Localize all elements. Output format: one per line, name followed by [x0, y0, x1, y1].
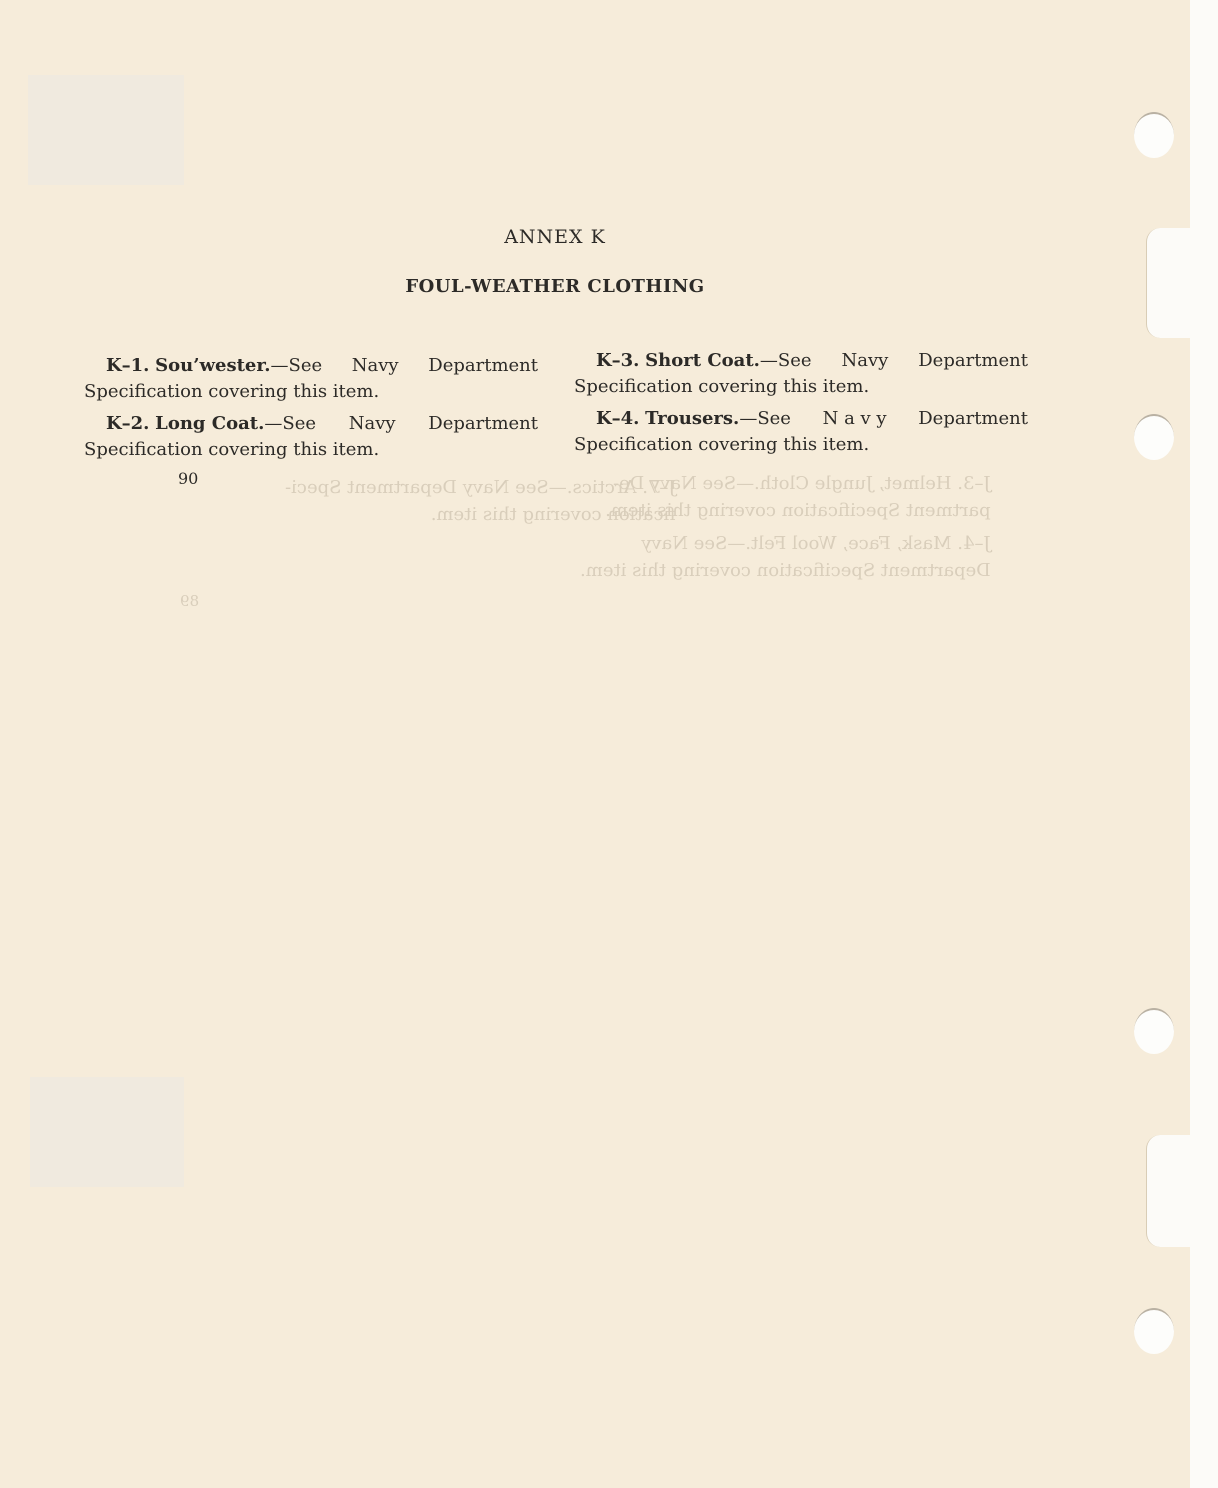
entry-word: Department — [428, 353, 538, 379]
entry-id: K–2. — [106, 413, 149, 434]
tab-notch-upper — [1146, 228, 1207, 338]
entry-word: Navy — [352, 353, 399, 379]
entry-dash: —See — [270, 355, 322, 376]
paper-page — [0, 0, 1190, 1488]
entry-line2: Specification covering this item. — [574, 432, 1028, 458]
entry-line2: Specification covering this item. — [574, 374, 1028, 400]
entry-word: N a v y — [823, 406, 887, 432]
entry-k4: K–4. Trousers.—See N a v y Department Sp… — [574, 406, 1028, 458]
entry-id: K–4. — [596, 408, 639, 429]
entry-name: Long Coat. — [155, 413, 264, 434]
entry-name: Short Coat. — [645, 350, 760, 371]
left-column: K–1. Sou’wester.—See Navy Department Spe… — [84, 353, 538, 469]
entry-word: Department — [428, 411, 538, 437]
bleed-through-page-number: 89 — [180, 588, 199, 615]
annex-title: ANNEX K — [0, 226, 1110, 248]
entry-dash: —See — [264, 413, 316, 434]
entry-word: Department — [918, 348, 1028, 374]
entry-name: Trousers. — [645, 408, 739, 429]
entry-word: Navy — [349, 411, 396, 437]
section-title: FOUL-WEATHER CLOTHING — [0, 276, 1110, 297]
punch-hole — [1134, 112, 1174, 158]
stain-mark — [28, 75, 184, 185]
punch-hole — [1134, 1008, 1174, 1054]
punch-hole — [1134, 1308, 1174, 1354]
entry-dash: —See — [760, 350, 812, 371]
entry-word: Department — [918, 406, 1028, 432]
entry-k2: K–2. Long Coat.—See Navy Department Spec… — [84, 411, 538, 463]
entry-id: K–3. — [596, 350, 639, 371]
entry-id: K–1. — [106, 355, 149, 376]
stain-mark — [30, 1077, 184, 1187]
entry-line2: Specification covering this item. — [84, 437, 538, 463]
punch-hole — [1134, 414, 1174, 460]
entry-k1: K–1. Sou’wester.—See Navy Department Spe… — [84, 353, 538, 405]
entry-dash: —See — [739, 408, 791, 429]
entry-word: Navy — [841, 348, 888, 374]
entry-name: Sou’wester. — [155, 355, 270, 376]
entry-k3: K–3. Short Coat.—See Navy Department Spe… — [574, 348, 1028, 400]
bleed-through-text: J–7. Arctics.—See Navy Department Speci-… — [285, 474, 676, 528]
page-number: 90 — [178, 469, 198, 488]
page-edge — [1190, 0, 1218, 1488]
right-column: K–3. Short Coat.—See Navy Department Spe… — [574, 348, 1028, 464]
entry-line2: Specification covering this item. — [84, 379, 538, 405]
tab-notch-lower — [1146, 1135, 1207, 1247]
